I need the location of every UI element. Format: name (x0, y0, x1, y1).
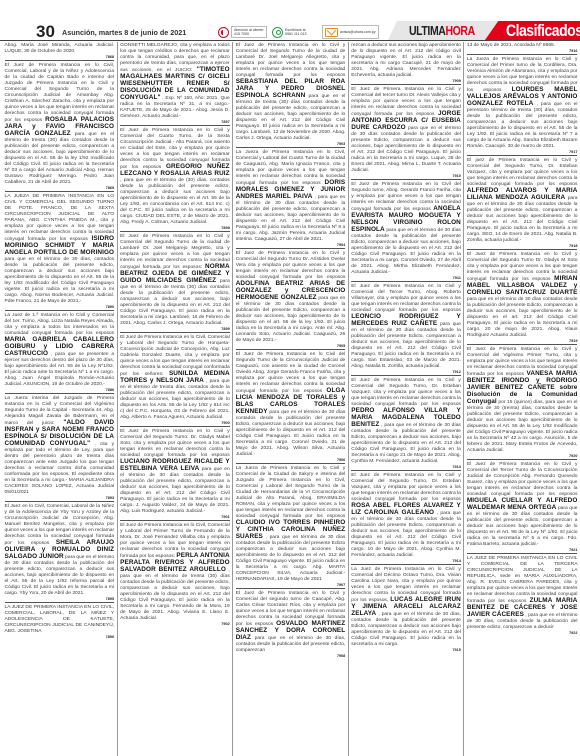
page-date: Asunción, martes 8 de junio de 2021 (62, 28, 186, 37)
legal-notice: 13 de Mayo de 2021. Acordada Nº 8665.791… (467, 42, 578, 53)
notice-code: 7917 (467, 150, 578, 154)
notice-code: 7909 (351, 79, 461, 83)
legal-notice: El Juez de Primera Instancia en lo Civil… (351, 375, 461, 469)
notice-text-cont: para que en el término de 30 días contad… (5, 555, 115, 596)
notice-text: El Juez de Primera Instancia en lo Civil… (351, 473, 461, 502)
legal-notice: rezcan a deducir sus acciones bajo aperc… (351, 42, 461, 83)
column-5: 13 de Mayo de 2021. Acordada Nº 8665.791… (464, 42, 580, 756)
legal-notice: LA JUEZ DE PRIMERA INSTANCIA EN LO CIVIL… (467, 553, 578, 635)
legal-notice: LA JUEZA DE PRIMERA INSTANCIA EN LO CIVI… (5, 191, 115, 309)
brand-logo: ULTIMAHORA (409, 24, 475, 39)
notice-code: 7913 (351, 465, 461, 469)
legal-notice: El Juez de Primera Instancia en lo Civil… (120, 231, 230, 331)
notice-text-cont: para que en el término de 30 días, conta… (236, 636, 346, 653)
contact-whatsapp-value: 0981 111 013 (285, 32, 306, 36)
notice-text: La Juez de 1.ª Instancia en lo Civil y C… (5, 313, 115, 336)
notice-text-cont: , para que en el término de treinta días… (120, 379, 230, 420)
notice-code: 7918 (467, 244, 578, 248)
notice-code: 7869 (5, 186, 115, 190)
notice-code: 7919 (467, 339, 578, 343)
notice-code: 7893 (5, 496, 115, 500)
legal-notice: La Juez de 1.ª Instancia en lo Civil y C… (5, 310, 115, 392)
legal-notice: El Juez de Primera Instancia en lo Civil… (120, 125, 230, 230)
legal-notice: El Juez de Primera Instancia en lo Civil… (467, 459, 578, 552)
notice-text-cont: , para que se presenten a ejercer sus de… (5, 352, 115, 387)
classifieds-columns: Abog. María José Miranda, Actuaria Judic… (2, 42, 580, 756)
whatsapp-icon (272, 27, 283, 38)
notice-code: 7897 (120, 120, 230, 124)
contact-phone-value: 415 7000 (234, 32, 249, 36)
notice-text: Abog. María José Miranda, Actuaria Judic… (5, 43, 115, 54)
legal-notice: El Juez de Primera Instancia en lo Civil… (236, 349, 346, 462)
notice-code: 7904 (236, 243, 346, 247)
notice-text: El Juez de Primera Instancia en lo Civil… (351, 378, 461, 407)
contact-email[interactable]: avisos@uhora.com.py (322, 25, 379, 39)
legal-notice: Abog. María José Miranda, Actuaria Judic… (5, 42, 115, 59)
notice-code: 7907 (236, 583, 346, 587)
column-3: El Juez de Primera Instancia en lo Civil… (233, 42, 349, 756)
notice-text-cont: para que en el término de 30 días contad… (351, 322, 461, 369)
notice-code: 7901 (120, 515, 230, 519)
notice-text-cont: para que en el término de 30 días contad… (467, 196, 578, 243)
legal-notice: La Juez de Primera Instancia en lo Civil… (351, 564, 461, 652)
legal-notice: La Jueza de Primera Instancia en lo Civi… (236, 463, 346, 587)
legal-notice: El Juez de Primera Instancia en lo Civil… (236, 588, 346, 658)
notice-text-cont: para que en el término de 30 días contad… (236, 410, 346, 457)
notice-code: 7899 (120, 327, 230, 331)
notice-text: El Juez de Primera Instancia en lo Civil… (236, 43, 346, 78)
mail-icon (325, 28, 338, 37)
notice-text-cont: para que en el término de 30 días contad… (236, 296, 346, 343)
notice-text-cont: , para que en el término de 30 días cont… (351, 511, 461, 558)
masthead: 30 Asunción, martes 8 de junio de 2021 A… (0, 0, 580, 40)
contact-phone: Atención al cliente: 415 7000 (218, 25, 267, 39)
notice-text: El Juez de Primera Instancia en lo Civil… (351, 284, 461, 313)
notice-code: 7903 (236, 142, 346, 146)
notice-text-cont: , para que en el término de treinta (30)… (120, 568, 230, 621)
notice-text-cont: para que en el término de 30 días contad… (351, 228, 461, 275)
notice-code: 7868 (5, 55, 115, 59)
notice-text-cont: , para que en el término de 30 días cont… (236, 195, 346, 242)
notice-text: El Juez de Primera Instancia en lo Civil… (236, 251, 346, 280)
notice-text-cont: para que en el término de 30 días contad… (467, 506, 578, 547)
notice-text-cont: para que en el término de treinta (30) d… (236, 94, 346, 141)
notice-text: El Juez de Primera Instancia en lo Civil… (120, 429, 230, 458)
notice-code: 7914 (351, 559, 461, 563)
notice-text-cont: para que en el término de 30 días contad… (351, 126, 461, 173)
notice-code: 7895 (5, 597, 115, 601)
legal-notice: El Juez de Primera Instancia en lo Civil… (120, 332, 230, 425)
notice-text: 13 de Mayo de 2021. Acordada Nº 8665. (467, 43, 555, 48)
contact-whatsapp-label: Escribinos al (285, 28, 305, 32)
notice-code: 7900 (120, 421, 230, 425)
column-1: Abog. María José Miranda, Actuaria Judic… (2, 42, 118, 756)
legal-notice: El Juez de Primera Instancia en lo Civil… (5, 60, 115, 190)
column-2: GONSETTI MELGAREJO, cita y emplaza a tod… (118, 42, 234, 756)
notice-code: 7886 (5, 388, 115, 392)
notice-code: 7890 (5, 305, 115, 309)
notice-code: 7902 (120, 622, 230, 626)
notice-text-cont: , para que en término de 30 días contado… (236, 535, 346, 582)
notice-code: 7921 (467, 548, 578, 552)
legal-notice: El Juez de Primera Instancia en lo Civil… (467, 249, 578, 343)
notice-text-cont: para que en el término de 30 días contad… (120, 467, 230, 514)
legal-notice: El Juez de Primera Instancia en lo Civil… (236, 42, 346, 146)
contact-whatsapp: Escribinos al 0981 111 013 (272, 25, 306, 39)
notice-code: 7916 (467, 49, 578, 53)
notice-text-cont: , para que en el término de 30 días cont… (351, 423, 461, 464)
notice-code: 7910 (351, 174, 461, 178)
notice-text-cont: para que en el término de 30 días, conta… (5, 257, 115, 304)
notice-text: El Juez de Primera Instancia en lo Civil… (467, 462, 578, 497)
contact-phone-label: Atención al cliente: (234, 28, 264, 32)
notice-text-cont: para que en el término de treinta (30) d… (120, 279, 230, 326)
notice-code: 7915 (351, 648, 461, 652)
notice-code: 7920 (467, 454, 578, 458)
notice-code: 7911 (351, 276, 461, 280)
notice-code: 7896 (5, 635, 115, 639)
legal-notice: El Juez de Primera Instancia en lo Civil… (351, 84, 461, 178)
legal-notice: El Juez de Primera Instancia en lo Civil… (236, 248, 346, 348)
notice-code: 7912 (351, 370, 461, 374)
notice-text-cont: , para que en el término de 30 días, con… (351, 612, 461, 647)
notice-text: El juez de Primera Instancia en lo Civil… (467, 158, 578, 187)
notice-code: 7905 (236, 344, 346, 348)
legal-notice: El Juez de Primera Instancia en lo Civil… (351, 281, 461, 374)
legal-notice: La Jueza interina del Juzgado de Primera… (5, 393, 115, 500)
notice-code: 7922 (467, 631, 578, 635)
notice-text: rezcan a deducir sus acciones bajo aperc… (351, 43, 461, 78)
header-divider (0, 40, 580, 41)
page-number: 30 (36, 22, 55, 42)
notice-code: 7898 (120, 226, 230, 230)
notice-spouses: ALFREDO ALVAROS Y MARIA LILIANA MENDOZA … (467, 187, 578, 201)
legal-notice: El Juez de Primera Instancia en lo Civil… (351, 179, 461, 280)
notice-text-cont: , para que en el término de (30) días, c… (120, 178, 230, 225)
legal-notice: El Juez en lo Civil, Comercial, Laboral … (5, 501, 115, 601)
legal-notice: El Juez de Primera Instancia en lo Civil… (351, 470, 461, 563)
column-4: rezcan a deducir sus acciones bajo aperc… (349, 42, 465, 756)
contact-email-value: avisos@uhora.com.py (340, 30, 376, 34)
notice-text: LA JUEZ DE PRIMERA INSTANCIA EN LO CIVIL… (5, 605, 115, 634)
notice-code: 7906 (236, 458, 346, 462)
notice-text: La Jueza de Primera Instancia en lo Civi… (236, 466, 346, 519)
brand-bar: ULTIMAHORA Clasificados (388, 21, 580, 40)
notice-text-cont: para que en el término de treinta (30) d… (5, 132, 115, 185)
legal-notice: La Jueza de Primera Instancia en lo Civi… (467, 54, 578, 154)
legal-notice: LA JUEZ DE PRIMERA INSTANCIA EN LO CIVIL… (5, 602, 115, 639)
notice-text-cont: , cita y emplaza por todo el término de … (5, 442, 115, 495)
notice-text-cont: , para que en el perentorio término de t… (467, 102, 578, 149)
notice-text-cont: por 15 (quince) días, para que en el tér… (467, 400, 578, 453)
legal-notice: El juez de Primera Instancia en lo Civil… (467, 155, 578, 248)
legal-notice: El Juez de Primera Instancia en lo Civil… (467, 344, 578, 458)
legal-notice: La Jueza de Primera Instancia en lo Civi… (236, 147, 346, 247)
legal-notice: El Juez de Primera Instancia en lo Civil… (120, 426, 230, 519)
phone-icon (218, 27, 229, 38)
section-title: Clasificados (506, 20, 580, 39)
legal-notice: GONSETTI MELGAREJO, cita y emplaza a tod… (120, 42, 230, 124)
notice-text: El Juez de Primera Instancia en lo Civil… (5, 63, 115, 123)
notice-text-cont: para que en el término de 30 días contad… (467, 297, 578, 338)
notice-code: 7908 (236, 654, 346, 658)
legal-notice: El Juez de Primera Instancia en lo Civil… (120, 520, 230, 626)
